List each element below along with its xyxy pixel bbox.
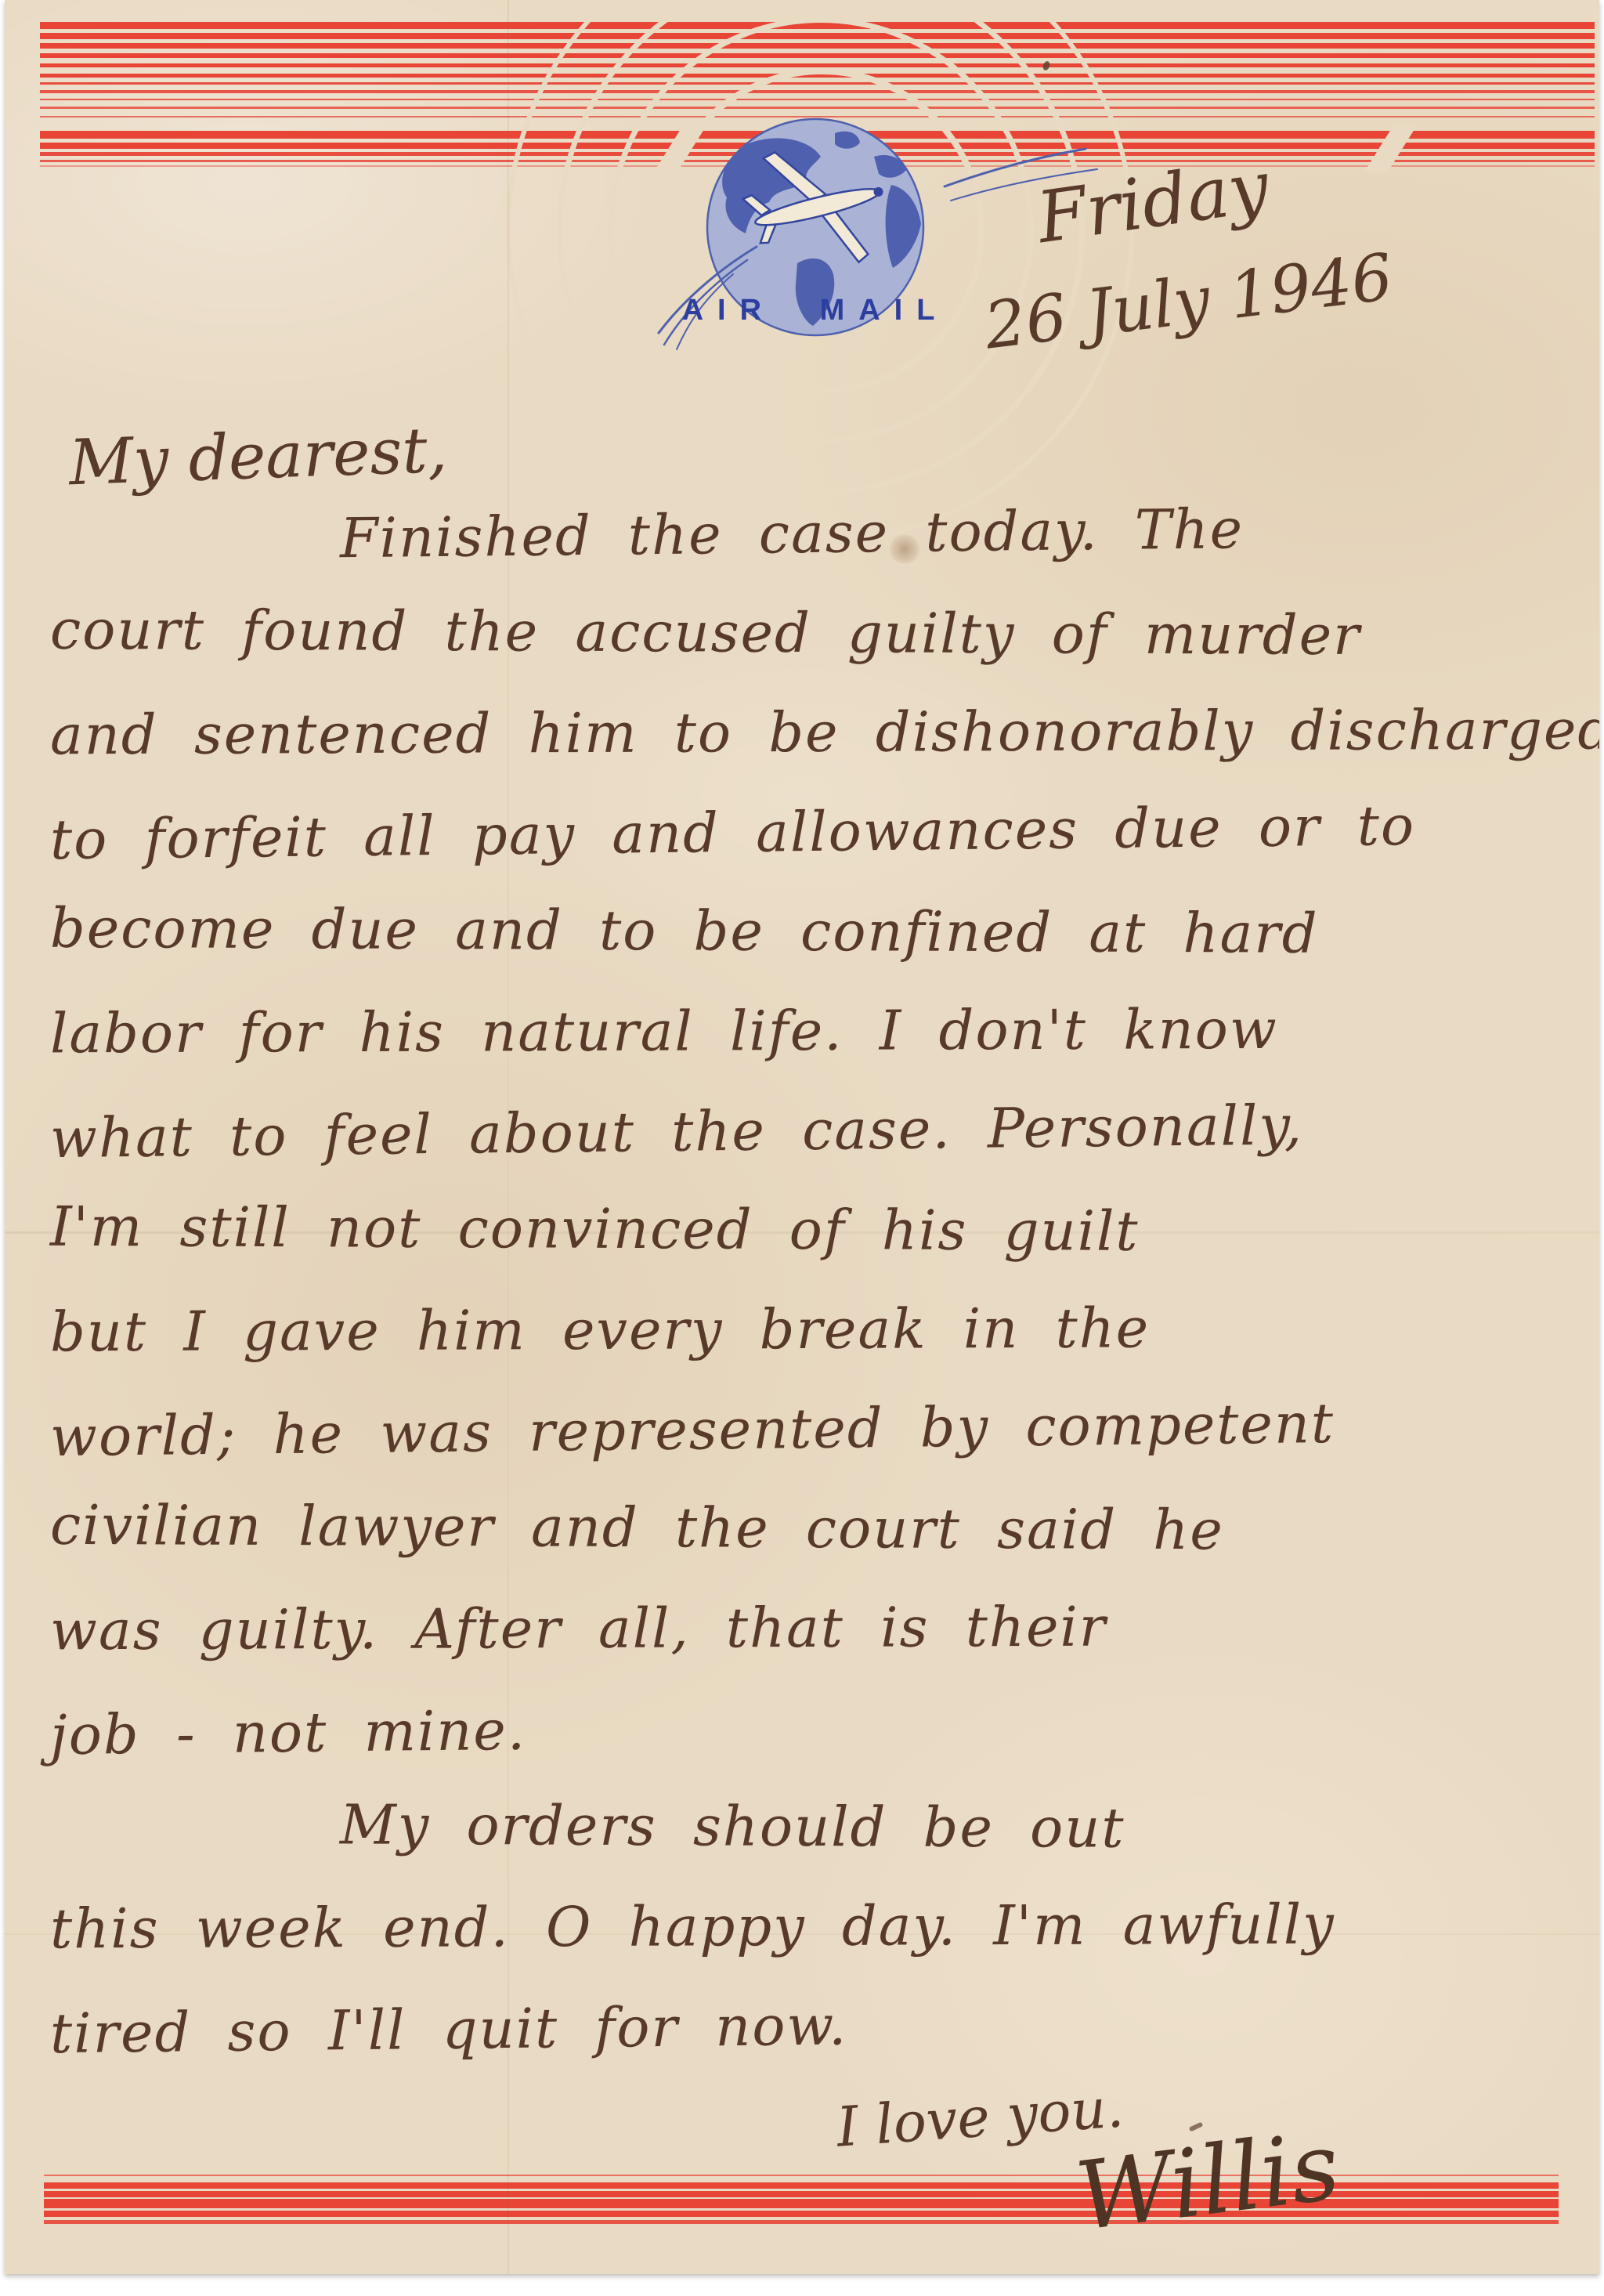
scanned-letter-page: { "colors":{ "paper":"#e9dac3", "stripe_…: [0, 0, 1604, 2296]
letter-body-line: what to feel about the case. Personally,: [49, 1073, 1565, 1188]
letter-body-line: I'm still not convinced of his guilt: [50, 1177, 1566, 1283]
letter-body-line: become due and to be confined at hard: [50, 879, 1566, 985]
air-mail-label: AIR MAIL: [682, 294, 949, 327]
letter-body-line: Finished the case today. The: [49, 476, 1565, 591]
letter-body: Finished the case today. Thecourt found …: [50, 484, 1565, 2076]
letter-body-line: was guilty. After all, that is their: [50, 1576, 1565, 1681]
letter-body-line: My orders should be out: [50, 1774, 1566, 1880]
letter-body-line: this week end. O happy day. I'm awfully: [50, 1875, 1565, 1980]
letter-body-line: to forfeit all pay and allowances due or…: [49, 775, 1565, 890]
letter-body-line: tired so I'll quit for now.: [49, 1969, 1565, 2084]
letter-body-line: court found the accused guilty of murder: [50, 580, 1566, 686]
letter-body-line: but I gave him every break in the: [50, 1278, 1565, 1383]
letter-body-line: job - not mine.: [49, 1670, 1565, 1785]
letter-paper: AIR MAIL Friday 26 July 1946 My dearest,…: [5, 0, 1599, 2274]
letter-body-line: world; he was represented by competent: [49, 1372, 1565, 1487]
letter-body-line: civilian lawyer and the court said he: [50, 1476, 1566, 1582]
letter-body-line: and sentenced him to be dishonorably dis…: [50, 681, 1565, 786]
letter-body-line: labor for his natural life. I don't know: [50, 979, 1565, 1084]
